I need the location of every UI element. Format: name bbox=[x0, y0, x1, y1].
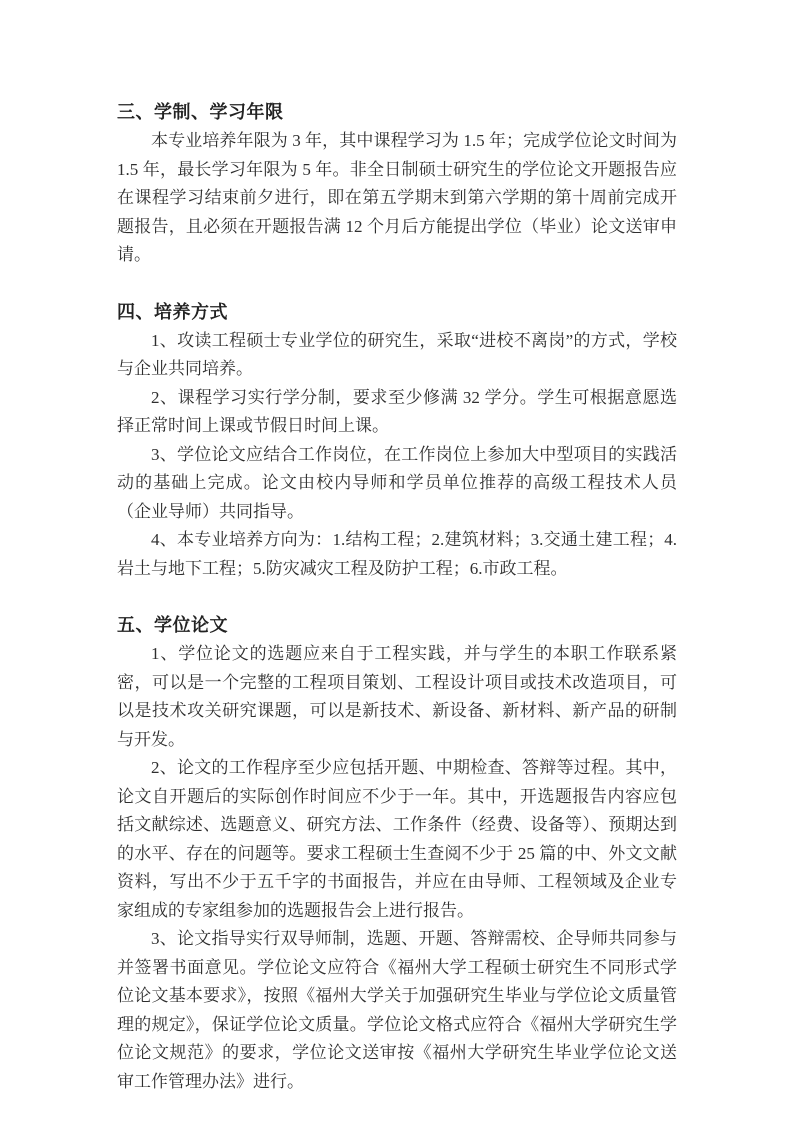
section-heading-schooling-duration: 三、学制、学习年限 bbox=[117, 97, 677, 127]
document-page: 三、学制、学习年限 本专业培养年限为 3 年，其中课程学习为 1.5 年；完成学… bbox=[0, 0, 793, 1122]
paragraph: 2、课程学习实行学分制，要求至少修满 32 学分。学生可根据意愿选择正常时间上课… bbox=[117, 384, 677, 441]
paragraph: 2、论文的工作程序至少应包括开题、中期检查、答辩等过程。其中，论文自开题后的实际… bbox=[117, 754, 677, 925]
document-content: 三、学制、学习年限 本专业培养年限为 3 年，其中课程学习为 1.5 年；完成学… bbox=[117, 97, 677, 1096]
section-heading-degree-thesis: 五、学位论文 bbox=[117, 610, 677, 640]
section-training-mode: 四、培养方式 1、攻读工程硕士专业学位的研究生，采取“进校不离岗”的方式，学校与… bbox=[117, 297, 677, 584]
paragraph: 1、攻读工程硕士专业学位的研究生，采取“进校不离岗”的方式，学校与企业共同培养。 bbox=[117, 327, 677, 384]
section-heading-training-mode: 四、培养方式 bbox=[117, 297, 677, 327]
section-degree-thesis: 五、学位论文 1、学位论文的选题应来自于工程实践，并与学生的本职工作联系紧密，可… bbox=[117, 610, 677, 1096]
paragraph: 4、本专业培养方向为：1.结构工程；2.建筑材料；3.交通土建工程；4.岩土与地… bbox=[117, 526, 677, 583]
section-schooling-duration: 三、学制、学习年限 本专业培养年限为 3 年，其中课程学习为 1.5 年；完成学… bbox=[117, 97, 677, 270]
paragraph: 3、论文指导实行双导师制，选题、开题、答辩需校、企导师共同参与并签署书面意见。学… bbox=[117, 925, 677, 1096]
paragraph: 1、学位论文的选题应来自于工程实践，并与学生的本职工作联系紧密，可以是一个完整的… bbox=[117, 640, 677, 754]
paragraph: 3、学位论文应结合工作岗位，在工作岗位上参加大中型项目的实践活动的基础上完成。论… bbox=[117, 441, 677, 527]
paragraph: 本专业培养年限为 3 年，其中课程学习为 1.5 年；完成学位论文时间为 1.5… bbox=[117, 127, 677, 270]
